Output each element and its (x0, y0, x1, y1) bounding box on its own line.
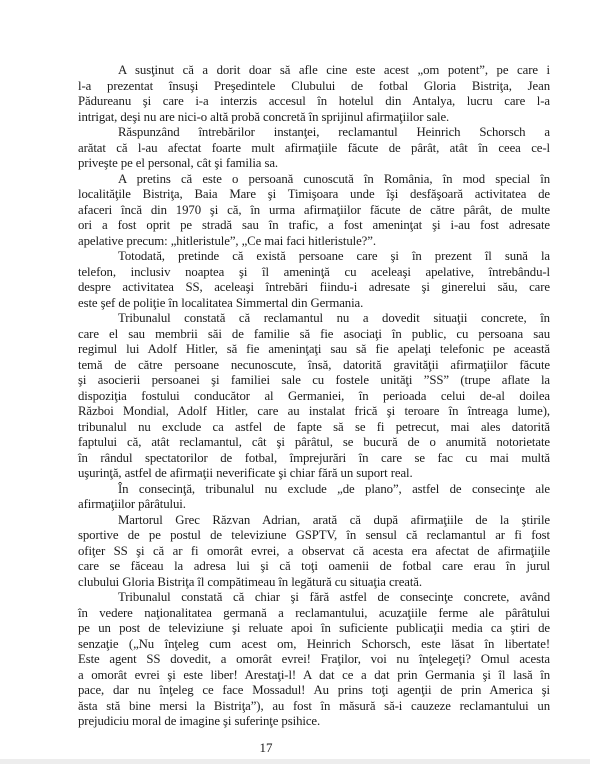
text-line: este şef de poliţie în localitatea Simme… (78, 296, 550, 312)
text-line: dispoziţia fostului conducător al German… (78, 389, 550, 405)
text-line: în rândul spectatorilor de fotbal, împre… (78, 451, 550, 467)
text-line: localităţile Bistriţa, Baia Mare şi Timi… (78, 187, 550, 203)
document-text: A susţinut că a dorit doar să afle cine … (78, 63, 550, 730)
text-line: sportive de pe postul de televiziune GSP… (78, 528, 550, 544)
text-line: A pretins că este o persoană cunoscută î… (78, 172, 550, 188)
paragraph: Tribunalul constată că reclamantul nu a … (78, 311, 550, 482)
text-line: apelative precum: „hitleristule”, „Ce ma… (78, 234, 550, 250)
paragraph: A susţinut că a dorit doar să afle cine … (78, 63, 550, 125)
text-line: tribunalul nu exclude ca astfel de fapte… (78, 420, 550, 436)
text-line: Răspunzând întrebărilor instanţei, recla… (78, 125, 550, 141)
text-line: Război Mondial, Adolf Hitler, care au in… (78, 404, 550, 420)
text-line: Tribunalul constată că reclamantul nu a … (78, 311, 550, 327)
text-line: A susţinut că a dorit doar să afle cine … (78, 63, 550, 79)
text-line: l-a prezentat însuşi Preşedintele Clubul… (78, 79, 550, 95)
text-line: a omorât evrei şi este liber! Arestaţi-l… (78, 668, 550, 684)
text-line: pace, dar nu înţeleg ce face Mossadul! A… (78, 683, 550, 699)
text-line: clubului Gloria Bistriţa îl compătimeau … (78, 575, 550, 591)
text-line: şi asocierii persoanei şi familiei sale … (78, 373, 550, 389)
text-line: temă de către persoane necunoscute, însă… (78, 358, 550, 374)
page-number: 17 (0, 740, 532, 756)
text-line: telefon, inclusiv noaptea şi îl ameninţă… (78, 265, 550, 281)
paragraph: Totodată, pretinde că există persoane ca… (78, 249, 550, 311)
text-line: ăsta stă bine mersi la Bistriţa”), au fo… (78, 699, 550, 715)
text-line: arătat că l-au afectat foarte mult afirm… (78, 141, 550, 157)
text-line: care se făceau la adresa lui şi că toţi … (78, 559, 550, 575)
text-line: despre activitatea SS, aceleaşi întrebăr… (78, 280, 550, 296)
text-line: afaceri încă din 1970 şi că, în urma afi… (78, 203, 550, 219)
scanned-document-page: A susţinut că a dorit doar să afle cine … (0, 0, 590, 764)
paragraph: În consecinţă, tribunalul nu exclude „de… (78, 482, 550, 513)
text-line: Este agent SS dovedit, a omorât evrei! F… (78, 652, 550, 668)
text-line: intrigat, deşi nu are nici-o altă probă … (78, 110, 550, 126)
paragraph: Răspunzând întrebărilor instanţei, recla… (78, 125, 550, 172)
scan-edge-artifact (0, 759, 590, 764)
text-line: uşurinţă, astfel de afirmaţii neverifica… (78, 466, 550, 482)
text-line: faptului că, atât reclamantul, cât şi pâ… (78, 435, 550, 451)
text-line: În consecinţă, tribunalul nu exclude „de… (78, 482, 550, 498)
text-line: ori a fost oprit pe stradă sau în trafic… (78, 218, 550, 234)
text-line: pe un post de televiziune şi reluate apo… (78, 621, 550, 637)
text-line: Pădureanu şi care i-a interzis accesul î… (78, 94, 550, 110)
paragraph: A pretins că este o persoană cunoscută î… (78, 172, 550, 250)
paragraph: Tribunalul constată că chiar şi fără ast… (78, 590, 550, 730)
paragraph: Martorul Grec Răzvan Adrian, arată că du… (78, 513, 550, 591)
text-line: senzaţie („Nu înţeleg cum acest om, Hein… (78, 637, 550, 653)
text-line: prejudiciu moral de imagine şi suferinţe… (78, 714, 550, 730)
text-line: care el sau membrii săi de familie să fi… (78, 327, 550, 343)
text-line: priveşte pe el personal, cât şi familia … (78, 156, 550, 172)
text-line: Martorul Grec Răzvan Adrian, arată că du… (78, 513, 550, 529)
text-line: Totodată, pretinde că există persoane ca… (78, 249, 550, 265)
text-line: ofiţer SS şi că ar fi omorât evrei, a ob… (78, 544, 550, 560)
text-line: afirmaţiilor pârâtului. (78, 497, 550, 513)
text-line: Tribunalul constată că chiar şi fără ast… (78, 590, 550, 606)
text-line: în vedere naţionalitatea germană a recla… (78, 606, 550, 622)
text-line: regimul lui Adolf Hitler, să fie ameninţ… (78, 342, 550, 358)
